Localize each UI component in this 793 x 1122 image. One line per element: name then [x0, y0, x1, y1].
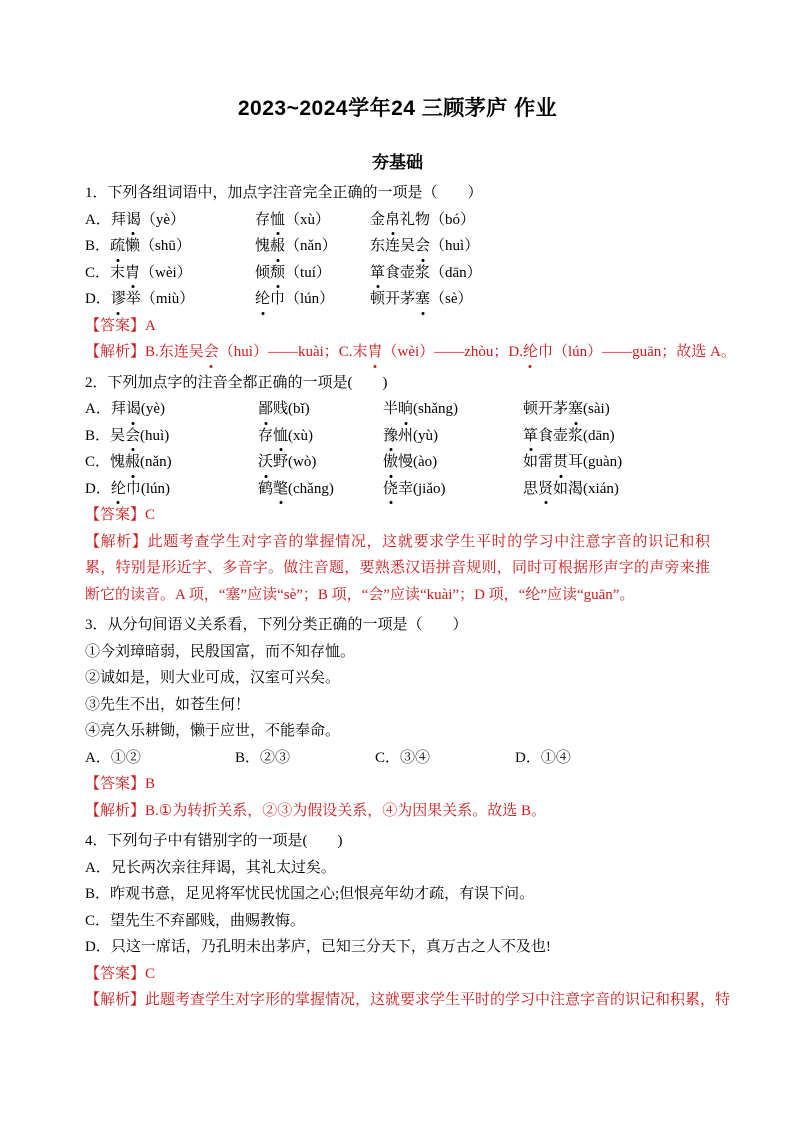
question-4-analysis: 【解析】此题考查学生对字形的掌握情况，这就要求学生平时的学习中注意字音的识记和积… [85, 987, 710, 1014]
question-2-option-row-a: A．拜谒(yè) 鄙贱(bǐ) 半晌(shǎng) 顿开茅塞(sài) [85, 396, 710, 423]
option-cell: 存恤(xù) [258, 423, 313, 450]
option-cell: 金帛礼物（bó） [370, 207, 475, 234]
option-cell: 如雷贯耳(guàn) [523, 449, 622, 476]
question-1-analysis: 【解析】B.东连吴会（huì）——kuài；C.末胄（wèi）——zhòu；D.… [85, 339, 710, 366]
question-3-sentence-3: ③先生不出，如苍生何！ [85, 692, 710, 719]
page-title: 2023~2024学年24 三顾茅庐 作业 [85, 96, 710, 122]
question-1-option-row-c: C．末胄（wèi） 倾颓（tuí） 箪食壶浆（dān） [85, 260, 710, 287]
question-2: 2．下列加点字的注音全都正确的一项是( ) A．拜谒(yè) 鄙贱(bǐ) 半晌… [85, 370, 710, 609]
question-4: 4．下列句子中有错别字的一项是( ) A．兄长两次亲往拜谒，其礼太过矣。 B．昨… [85, 828, 710, 1014]
question-3-sentence-1: ①今刘璋暗弱，民殷国富，而不知存恤。 [85, 639, 710, 666]
option-cell: 鹤氅(chǎng) [258, 476, 334, 503]
option-cell: 东连吴会（huì） [370, 233, 479, 260]
option-cell: 倾颓（tuí） [255, 260, 331, 287]
option-cell: D．①④ [515, 745, 571, 772]
question-4-option-c: C．望先生不弃鄙贱，曲赐教悔。 [85, 908, 710, 935]
question-2-option-row-c: C．愧赧(nǎn) 沃野(wò) 傲慢(ào) 如雷贯耳(guàn) [85, 449, 710, 476]
question-4-stem: 4．下列句子中有错别字的一项是( ) [85, 828, 710, 855]
question-4-answer: 【答案】C [85, 961, 710, 988]
question-4-option-d: D．只这一席话，乃孔明未出茅庐，已知三分天下，真万古之人不及也! [85, 934, 710, 961]
question-2-option-row-b: B．吴会(huì) 存恤(xù) 豫州(yù) 箪食壶浆(dān) [85, 423, 710, 450]
question-3-analysis: 【解析】B.①为转折关系，②③为假设关系，④为因果关系。故选 B。 [85, 798, 710, 825]
question-1-option-row-b: B．疏懒（shū） 愧赧（nǎn） 东连吴会（huì） [85, 233, 710, 260]
option-cell: 纶巾（lún） [255, 286, 334, 313]
question-1-option-row-d: D．谬举（miù） 纶巾（lún） 顿开茅塞（sè） [85, 286, 710, 313]
option-cell: 箪食壶浆（dān） [370, 260, 482, 287]
option-cell: C．③④ [375, 745, 430, 772]
option-cell: D．谬举（miù） [85, 286, 194, 313]
question-3-answer: 【答案】B [85, 771, 710, 798]
option-cell: C．愧赧(nǎn) [85, 449, 172, 476]
question-1-option-row-a: A．拜谒（yè） 存恤（xù） 金帛礼物（bó） [85, 207, 710, 234]
option-cell: B．疏懒（shū） [85, 233, 191, 260]
option-cell: 沃野(wò) [258, 449, 316, 476]
option-cell: 傲慢(ào) [383, 449, 437, 476]
option-cell: 思贤如渴(xián) [523, 476, 619, 503]
question-2-stem: 2．下列加点字的注音全都正确的一项是( ) [85, 370, 710, 397]
option-cell: 箪食壶浆(dān) [523, 423, 615, 450]
option-cell: A．拜谒（yè） [85, 207, 185, 234]
section-heading: 夯基础 [85, 150, 710, 176]
worksheet-page: 2023~2024学年24 三顾茅庐 作业 夯基础 1．下列各组词语中，加点字注… [0, 0, 793, 1014]
option-cell: 顿开茅塞(sài) [523, 396, 610, 423]
question-4-option-b: B．昨观书意，足见将军忧民忧国之心;但恨亮年幼才疏，有误下问。 [85, 881, 710, 908]
option-cell: B．吴会(huì) [85, 423, 169, 450]
question-3-sentence-4: ④亮久乐耕锄，懒于应世，不能奉命。 [85, 718, 710, 745]
question-2-option-row-d: D．纶巾(lún) 鹤氅(chǎng) 侥幸(jiǎo) 思贤如渴(xián) [85, 476, 710, 503]
option-cell: 鄙贱(bǐ) [258, 396, 310, 423]
question-1: 1．下列各组词语中，加点字注音完全正确的一项是（ ） A．拜谒（yè） 存恤（x… [85, 180, 710, 366]
question-4-option-a: A．兄长两次亲往拜谒，其礼太过矣。 [85, 855, 710, 882]
option-cell: 豫州(yù) [383, 423, 438, 450]
option-cell: C．末胄（wèi） [85, 260, 192, 287]
option-cell: A．拜谒(yè) [85, 396, 165, 423]
option-cell: 存恤（xù） [255, 207, 330, 234]
option-cell: 侥幸(jiǎo) [383, 476, 446, 503]
option-cell: B．②③ [235, 745, 290, 772]
option-cell: D．纶巾(lún) [85, 476, 170, 503]
question-3-stem: 3．从分句间语义关系看，下列分类正确的一项是（ ） [85, 612, 710, 639]
question-1-answer: 【答案】A [85, 313, 710, 340]
option-cell: 愧赧（nǎn） [255, 233, 337, 260]
question-3: 3．从分句间语义关系看，下列分类正确的一项是（ ） ①今刘璋暗弱，民殷国富，而不… [85, 612, 710, 824]
question-3-option-row: A．①② B．②③ C．③④ D．①④ [85, 745, 710, 772]
question-2-answer: 【答案】C [85, 502, 710, 529]
question-3-sentence-2: ②诚如是，则大业可成，汉室可兴矣。 [85, 665, 710, 692]
question-1-stem: 1．下列各组词语中，加点字注音完全正确的一项是（ ） [85, 180, 710, 207]
question-2-analysis: 【解析】此题考查学生对字音的掌握情况，这就要求学生平时的学习中注意字音的识记和积… [85, 529, 710, 609]
option-cell: A．①② [85, 745, 141, 772]
option-cell: 半晌(shǎng) [383, 396, 458, 423]
option-cell: 顿开茅塞（sè） [370, 286, 473, 313]
